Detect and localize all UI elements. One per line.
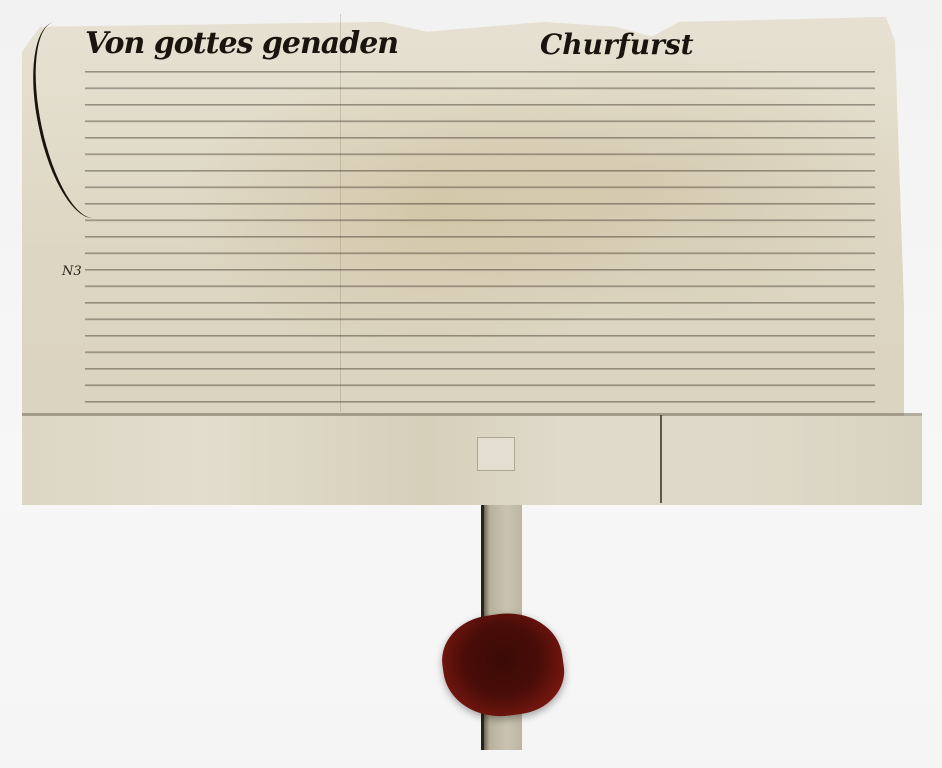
margin-mark: N3	[62, 264, 82, 279]
handwritten-text-body	[85, 60, 875, 410]
plica-fold	[22, 416, 922, 505]
heading-von-gottes-genaden: Von gottes genaden	[85, 26, 398, 61]
seal-tag-slot	[477, 437, 515, 471]
plica-fold-line	[22, 413, 922, 416]
plica-crease	[660, 415, 662, 503]
heading-churfurst: Churfurst	[540, 28, 694, 61]
